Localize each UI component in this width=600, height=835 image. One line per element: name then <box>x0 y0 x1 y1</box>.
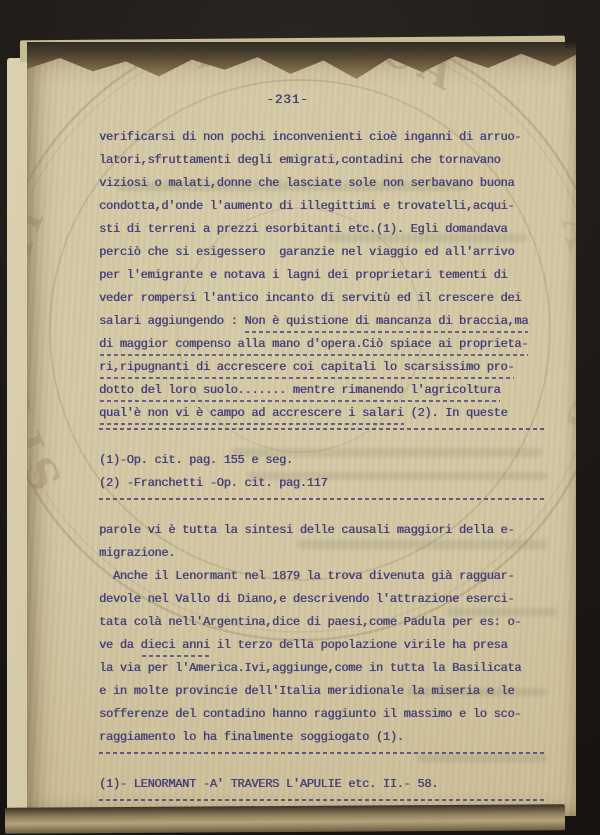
text-line: qual'è non vi è campo ad accrescere i sa… <box>99 402 561 425</box>
body-paragraph-3: Anche il Lenormant nel 1879 la trova div… <box>99 565 561 749</box>
text-line: per l'emigrante e notava i lagni dei pro… <box>99 264 561 287</box>
text-segment: raggiamento lo ha finalmente soggiogato … <box>99 730 404 744</box>
dashed-rule <box>99 495 561 519</box>
text-line: veder rompersi l'antico incanto di servi… <box>99 287 561 310</box>
text-line: ri,ripugnanti di accrescere coi capitali… <box>99 356 561 379</box>
underlined-text: Non è quistione di mancanza di braccia,m… <box>244 314 528 328</box>
text-line: condotta,d'onde l'aumento di illegittimi… <box>99 195 561 218</box>
text-line: perciò che si esigessero garanzie nel vi… <box>99 241 561 264</box>
text-segment: sti di terreni a prezzi esorbitanti etc.… <box>99 222 507 236</box>
page-stack-edge-bottom <box>5 804 565 833</box>
text-line: di maggior compenso alla mano d'opera.Ci… <box>99 333 561 356</box>
underlined-text: dotto del loro suolo....... mentre riman… <box>99 383 500 397</box>
text-segment: verificarsi di non pochi inconvenienti c… <box>99 130 521 144</box>
text-line: viziosi o malati,donne che lasciate sole… <box>99 172 561 195</box>
text-line: devole nel Vallo di Diano,e descrivendo … <box>99 588 561 611</box>
underlined-text: qual'è non vi è campo ad accrescere i sa… <box>99 406 404 420</box>
text-segment: e in molte provincie dell'Italia meridio… <box>99 684 514 698</box>
text-segment: (1)- LENORMANT -A' TRAVERS L'APULIE etc.… <box>99 777 438 791</box>
text-segment: (1)-Op. cit. pag. 155 e seg. <box>99 453 293 467</box>
text-segment: il terzo della popolazione virile ha pre… <box>210 638 508 652</box>
text-line: latori,sfruttamenti degli emigrati,conta… <box>99 149 561 172</box>
text-segment: devole nel Vallo di Diano,e descrivendo … <box>99 592 514 606</box>
text-segment: tata colà nell'Argentina,dice di paesi,c… <box>99 615 521 629</box>
text-segment: viziosi o malati,donne che lasciate sole… <box>99 176 514 190</box>
text-line: (1)-Op. cit. pag. 155 e seg. <box>99 449 561 472</box>
text-line: la via per l'America.Ivi,aggiunge,come i… <box>99 657 561 680</box>
text-segment: (2) -Franchetti -Op. cit. pag.117 <box>99 476 327 490</box>
page-number: -231- <box>27 93 562 107</box>
typewritten-content: verificarsi di non pochi inconvenienti c… <box>99 126 561 816</box>
text-segment: Anche il Lenormant nel 1879 la trova div… <box>99 569 514 583</box>
text-line: tata colà nell'Argentina,dice di paesi,c… <box>99 611 561 634</box>
text-segment: sofferenze del contadino hanno raggiunto… <box>99 707 521 721</box>
text-segment: latori,sfruttamenti degli emigrati,conta… <box>99 153 500 167</box>
body-paragraph-2: parole vi è tutta la sintesi delle causa… <box>99 519 561 565</box>
underlined-text: dieci anni <box>141 638 210 652</box>
photo-backdrop: { "page": { "number": "-231-", "stamp": … <box>0 0 600 835</box>
text-segment: perciò che si esigessero garanzie nel vi… <box>99 245 514 259</box>
text-line: e in molte provincie dell'Italia meridio… <box>99 680 561 703</box>
text-segment: parole vi è tutta la sintesi delle causa… <box>99 523 514 537</box>
text-line: (1)- LENORMANT -A' TRAVERS L'APULIE etc.… <box>99 773 561 796</box>
body-paragraph-1: verificarsi di non pochi inconvenienti c… <box>99 126 561 425</box>
document-page: PVBLICA SPERITAT AVG -231- verificarsi d… <box>27 48 576 816</box>
text-line: dotto del loro suolo....... mentre riman… <box>99 379 561 402</box>
text-segment: per l'emigrante e notava i lagni dei pro… <box>99 268 507 282</box>
footnotes-block-2: (1)- LENORMANT -A' TRAVERS L'APULIE etc.… <box>99 773 561 796</box>
text-line: Anche il Lenormant nel 1879 la trova div… <box>99 565 561 588</box>
text-segment: ve da <box>99 638 141 652</box>
text-segment: la via per l'America.Ivi,aggiunge,come i… <box>99 661 521 675</box>
text-line: salari aggiungendo : Non è quistione di … <box>99 310 561 333</box>
text-line: ve da dieci anni il terzo della popolazi… <box>99 634 561 657</box>
text-segment: migrazione. <box>99 546 175 560</box>
text-segment: condotta,d'onde l'aumento di illegittimi… <box>99 199 514 213</box>
text-line: migrazione. <box>99 542 561 565</box>
text-line: raggiamento lo ha finalmente soggiogato … <box>99 726 561 749</box>
underlined-text: di maggior compenso alla mano d'opera.Ci… <box>99 337 528 351</box>
text-line: (2) -Franchetti -Op. cit. pag.117 <box>99 472 561 495</box>
text-segment: salari aggiungendo : <box>99 314 244 328</box>
stamp-text-left: SPERITAT <box>27 190 72 499</box>
text-line: sofferenze del contadino hanno raggiunto… <box>99 703 561 726</box>
text-line: verificarsi di non pochi inconvenienti c… <box>99 126 561 149</box>
dashed-rule <box>99 749 561 773</box>
footnotes-block-1: (1)-Op. cit. pag. 155 e seg.(2) -Franche… <box>99 449 561 495</box>
underlined-text: ri,ripugnanti di accrescere coi capitali… <box>99 360 514 374</box>
text-segment: veder rompersi l'antico incanto di servi… <box>99 291 521 305</box>
dashed-rule <box>99 425 561 449</box>
text-line: sti di terreni a prezzi esorbitanti etc.… <box>99 218 561 241</box>
text-segment: (2). In queste <box>404 406 508 420</box>
text-line: parole vi è tutta la sintesi delle causa… <box>99 519 561 542</box>
